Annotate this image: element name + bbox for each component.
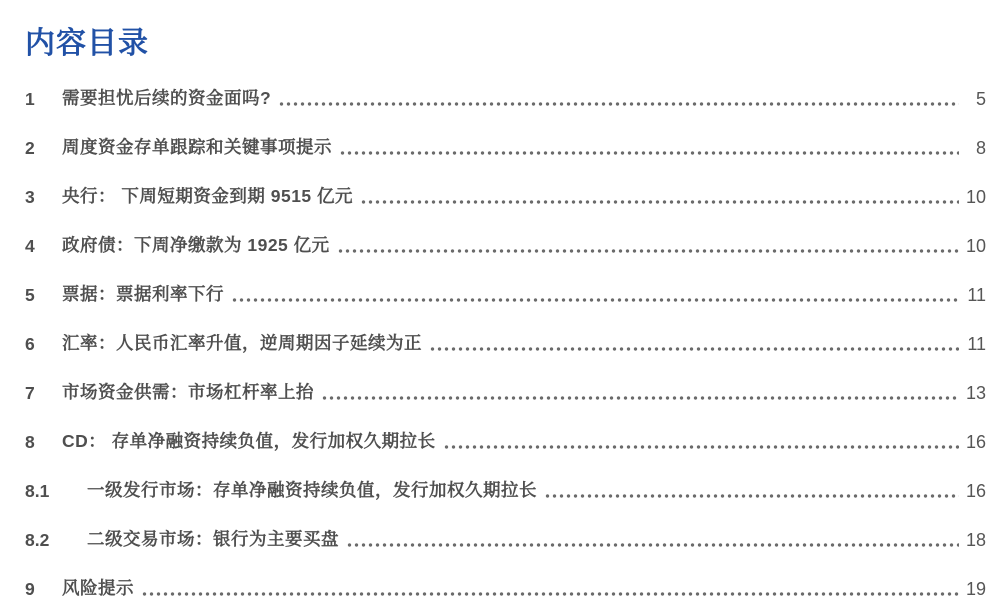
page-number: 18 [966, 530, 986, 551]
entry-label: 二级交易市场：银行为主要买盘 [87, 526, 339, 551]
dot-leader [444, 444, 959, 450]
entry-number: 2 [25, 138, 62, 159]
page-title: 内容目录 [25, 18, 986, 62]
dot-leader [361, 199, 959, 205]
dot-leader [142, 591, 959, 597]
entry-number: 8 [25, 432, 62, 453]
entry-number: 6 [25, 334, 62, 355]
page-number: 16 [966, 481, 986, 502]
toc-entry-4[interactable]: 4 政府债：下周净缴款为 1925 亿元 10 [25, 233, 986, 257]
page-number: 13 [966, 383, 986, 404]
toc-entry-1[interactable]: 1 需要担忧后续的资金面吗? 5 [25, 86, 986, 110]
page-number: 10 [966, 236, 986, 257]
toc-entry-8-2[interactable]: 8.2 二级交易市场：银行为主要买盘 18 [25, 527, 986, 551]
entry-label: 需要担忧后续的资金面吗? [62, 85, 271, 110]
toc-entry-8-1[interactable]: 8.1 一级发行市场：存单净融资持续负值，发行加权久期拉长 16 [25, 478, 986, 502]
toc-list: 1 需要担忧后续的资金面吗? 5 2 周度资金存单跟踪和关键事项提示 8 3 央… [25, 86, 986, 600]
dot-leader [545, 493, 959, 499]
page-number: 19 [966, 579, 986, 600]
toc-entry-2[interactable]: 2 周度资金存单跟踪和关键事项提示 8 [25, 135, 986, 159]
entry-label: 票据：票据利率下行 [62, 281, 224, 306]
entry-number: 5 [25, 285, 62, 306]
entry-number: 1 [25, 89, 62, 110]
entry-label: 央行： 下周短期资金到期 9515 亿元 [62, 183, 353, 208]
dot-leader [322, 395, 959, 401]
entry-number: 3 [25, 187, 62, 208]
toc-entry-8[interactable]: 8 CD： 存单净融资持续负值，发行加权久期拉长 16 [25, 429, 986, 453]
entry-label: 周度资金存单跟踪和关键事项提示 [62, 134, 332, 159]
entry-number: 9 [25, 579, 62, 600]
page-number: 11 [966, 334, 986, 355]
page-number: 8 [966, 138, 986, 159]
page-number: 11 [966, 285, 986, 306]
toc-entry-9[interactable]: 9 风险提示 19 [25, 576, 986, 600]
entry-number: 8.2 [25, 530, 87, 551]
page-number: 16 [966, 432, 986, 453]
toc-entry-7[interactable]: 7 市场资金供需：市场杠杆率上抬 13 [25, 380, 986, 404]
dot-leader [340, 150, 959, 156]
entry-number: 8.1 [25, 481, 87, 502]
entry-label: 风险提示 [62, 575, 134, 600]
entry-label: 政府债：下周净缴款为 1925 亿元 [62, 232, 330, 257]
entry-label: 一级发行市场：存单净融资持续负值，发行加权久期拉长 [87, 477, 537, 502]
dot-leader [430, 346, 959, 352]
entry-number: 4 [25, 236, 62, 257]
page-number: 10 [966, 187, 986, 208]
dot-leader [347, 542, 959, 548]
entry-label: CD： 存单净融资持续负值，发行加权久期拉长 [62, 428, 436, 453]
toc-page: 内容目录 1 需要担忧后续的资金面吗? 5 2 周度资金存单跟踪和关键事项提示 … [0, 0, 1008, 614]
toc-entry-6[interactable]: 6 汇率：人民币汇率升值，逆周期因子延续为正 11 [25, 331, 986, 355]
entry-label: 市场资金供需：市场杠杆率上抬 [62, 379, 314, 404]
toc-entry-3[interactable]: 3 央行： 下周短期资金到期 9515 亿元 10 [25, 184, 986, 208]
entry-number: 7 [25, 383, 62, 404]
dot-leader [279, 101, 959, 107]
page-number: 5 [966, 89, 986, 110]
toc-entry-5[interactable]: 5 票据：票据利率下行 11 [25, 282, 986, 306]
entry-label: 汇率：人民币汇率升值，逆周期因子延续为正 [62, 330, 422, 355]
dot-leader [232, 297, 959, 303]
dot-leader [338, 248, 959, 254]
